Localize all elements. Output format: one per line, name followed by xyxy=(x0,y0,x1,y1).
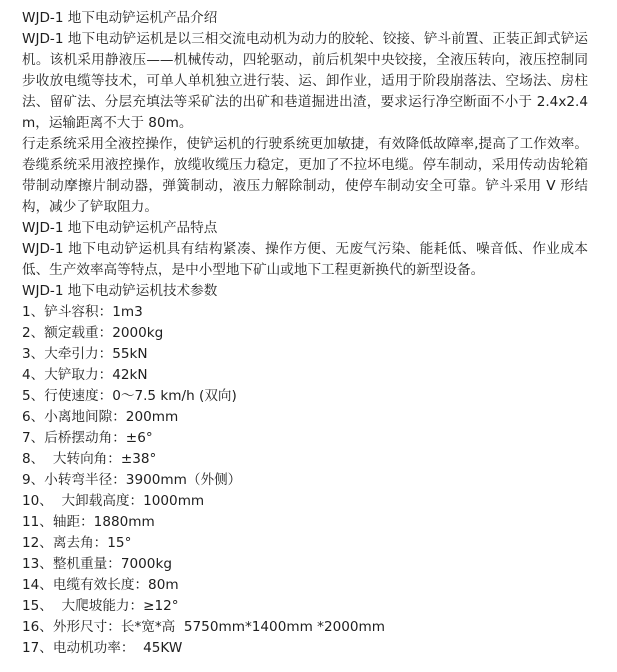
specs-list: 1、铲斗容积：1m3 2、额定载重：2000kg 3、大牵引力：55kN 4、大… xyxy=(22,302,588,659)
spec-item: 4、大铲取力：42kN xyxy=(22,365,588,386)
spec-item: 9、小转弯半径：3900mm（外侧） xyxy=(22,470,588,491)
spec-item: 12、离去角：15° xyxy=(22,533,588,554)
spec-item: 13、整机重量：7000kg xyxy=(22,554,588,575)
spec-item: 6、小离地间隙：200mm xyxy=(22,407,588,428)
spec-item: 3、大牵引力：55kN xyxy=(22,344,588,365)
spec-item: 8、 大转向角：±38° xyxy=(22,449,588,470)
spec-item: 11、轴距：1880mm xyxy=(22,512,588,533)
spec-item: 2、额定载重：2000kg xyxy=(22,323,588,344)
product-document: WJD-1 地下电动铲运机产品介绍 WJD-1 地下电动铲运机是以三相交流电动机… xyxy=(22,8,588,659)
spec-item: 16、外形尺寸：长*宽*高 5750mm*1400mm *2000mm xyxy=(22,617,588,638)
specs-title: WJD-1 地下电动铲运机技术参数 xyxy=(22,281,588,302)
spec-item: 1、铲斗容积：1m3 xyxy=(22,302,588,323)
spec-item: 10、 大卸载高度：1000mm xyxy=(22,491,588,512)
intro-paragraph-1: WJD-1 地下电动铲运机是以三相交流电动机为动力的胶轮、铰接、铲斗前置、正装正… xyxy=(22,29,588,134)
intro-title: WJD-1 地下电动铲运机产品介绍 xyxy=(22,8,588,29)
spec-item: 5、行使速度：0～7.5 km/h (双向) xyxy=(22,386,588,407)
spec-item: 15、 大爬坡能力：≥12° xyxy=(22,596,588,617)
features-paragraph: WJD-1 地下电动铲运机具有结构紧凑、操作方便、无废气污染、能耗低、噪音低、作… xyxy=(22,239,588,281)
spec-item: 7、后桥摆动角：±6° xyxy=(22,428,588,449)
spec-item: 14、电缆有效长度：80m xyxy=(22,575,588,596)
intro-paragraph-2: 行走系统采用全液控操作，使铲运机的行驶系统更加敏捷，有效降低故障率,提高了工作效… xyxy=(22,134,588,218)
spec-item: 17、电动机功率： 45KW xyxy=(22,638,588,659)
features-title: WJD-1 地下电动铲运机产品特点 xyxy=(22,218,588,239)
